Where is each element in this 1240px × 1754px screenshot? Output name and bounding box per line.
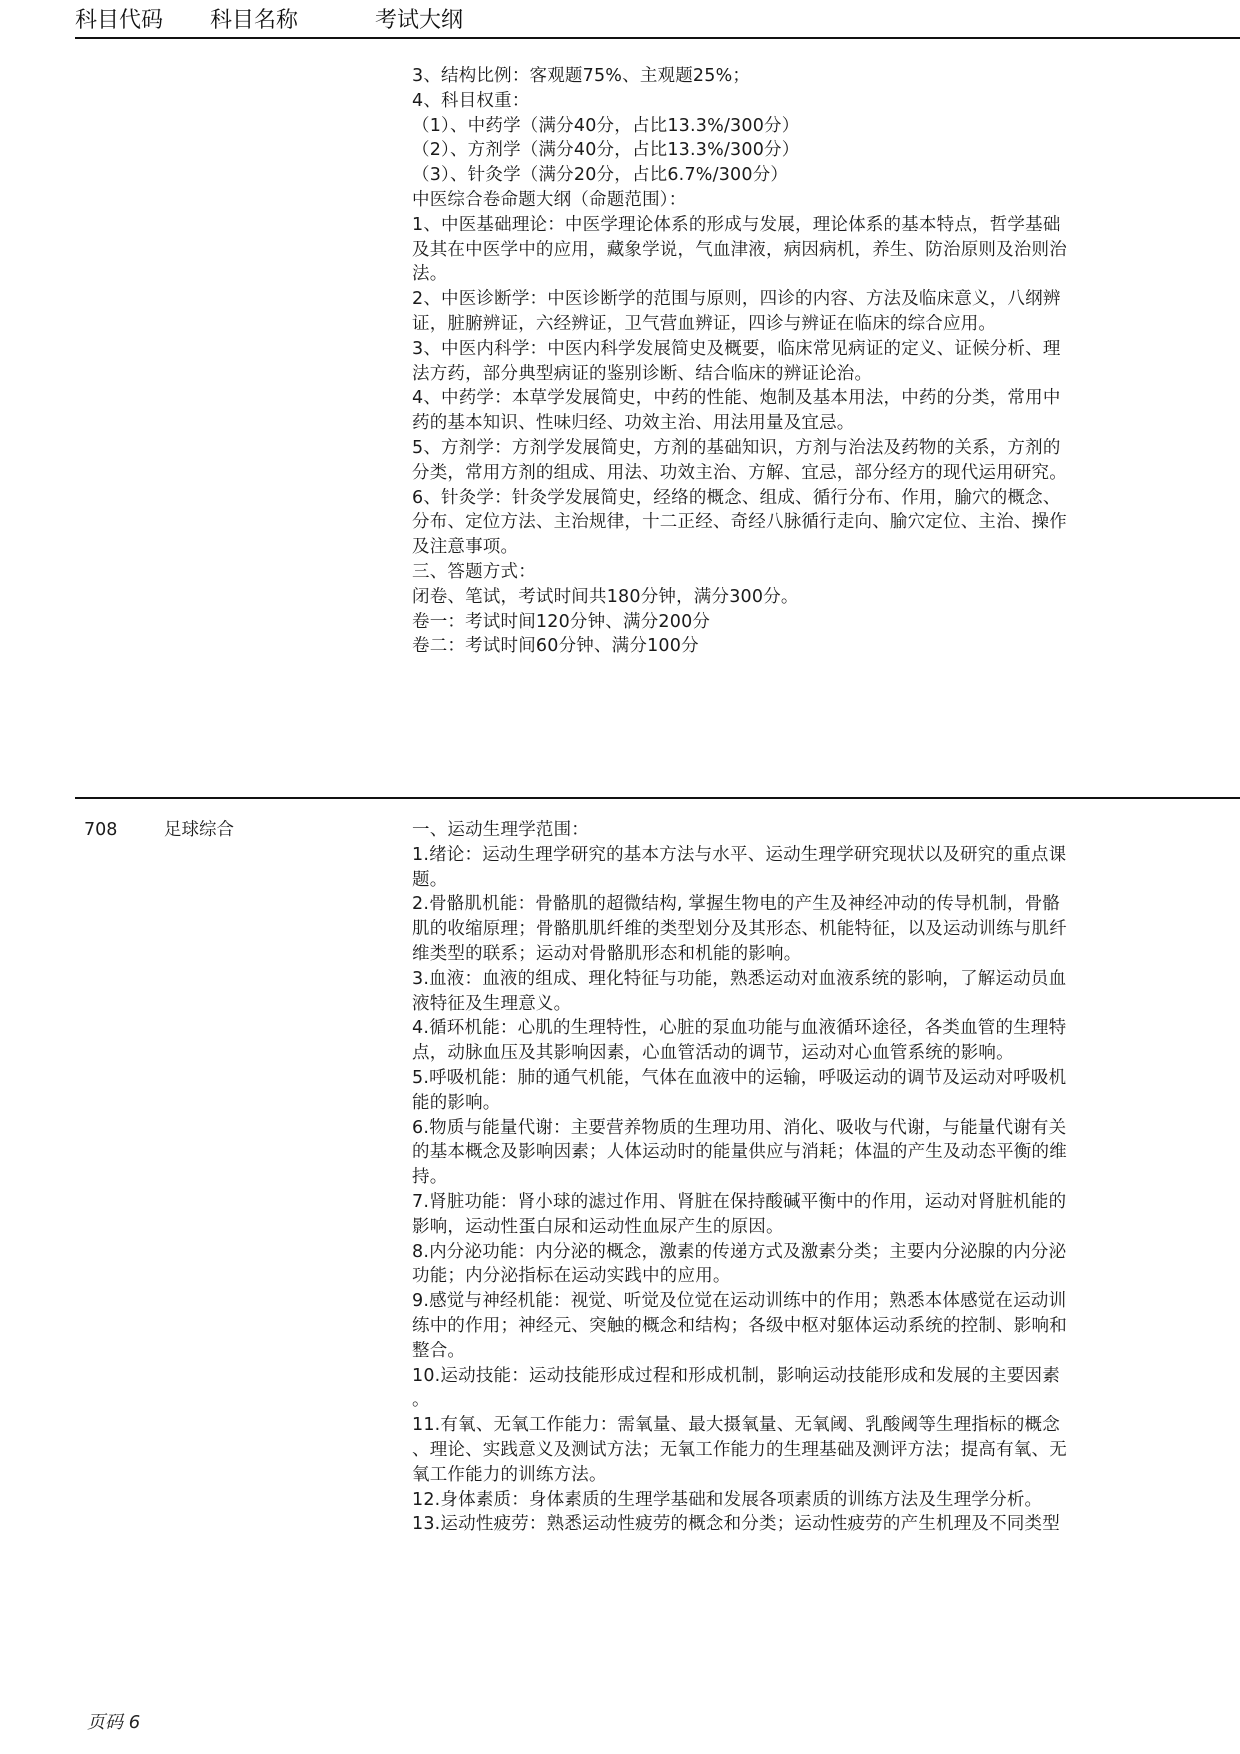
syllabus-line: 6、针灸学：针灸学发展简史，经络的概念、组成、循行分布、作用，腧穴的概念、	[412, 486, 1202, 511]
syllabus-line: 一、运动生理学范围：	[412, 818, 1202, 843]
subject-name: 足球综合	[164, 818, 234, 843]
syllabus-line: 三、答题方式：	[412, 560, 1202, 585]
syllabus-line: 8.内分泌功能：内分泌的概念，激素的传递方式及激素分类；主要内分泌腺的内分泌	[412, 1240, 1202, 1265]
syllabus-line: 的基本概念及影响因素；人体运动时的能量供应与消耗；体温的产生及动态平衡的维	[412, 1140, 1202, 1165]
syllabus-line: 12.身体素质：身体素质的生理学基础和发展各项素质的训练方法及生理学分析。	[412, 1488, 1202, 1513]
syllabus-line: 1.绪论：运动生理学研究的基本方法与水平、运动生理学研究现状以及研究的重点课	[412, 843, 1202, 868]
syllabus-line: 1、中医基础理论：中医学理论体系的形成与发展，理论体系的基本特点，哲学基础	[412, 213, 1202, 238]
syllabus-line: 药的基本知识、性味归经、功效主治、用法用量及宜忌。	[412, 411, 1202, 436]
syllabus-line: 3、结构比例：客观题75%、主观题25%；	[412, 64, 1202, 89]
syllabus-line: 及注意事项。	[412, 535, 1202, 560]
syllabus-line: 13.运动性疲劳：熟悉运动性疲劳的概念和分类；运动性疲劳的产生机理及不同类型	[412, 1512, 1202, 1537]
syllabus-line: 液特征及生理意义。	[412, 992, 1202, 1017]
syllabus-line: （1）、中药学（满分40分，占比13.3%/300分）	[412, 114, 1202, 139]
syllabus-line: 能的影响。	[412, 1091, 1202, 1116]
syllabus-line: 卷一：考试时间120分钟、满分200分	[412, 610, 1202, 635]
syllabus-line: 7.肾脏功能：肾小球的滤过作用、肾脏在保持酸碱平衡中的作用，运动对肾脏机能的	[412, 1190, 1202, 1215]
syllabus-line: 整合。	[412, 1339, 1202, 1364]
syllabus-line: 法。	[412, 262, 1202, 287]
syllabus-line: 氧工作能力的训练方法。	[412, 1463, 1202, 1488]
syllabus-line: 影响，运动性蛋白尿和运动性血尿产生的原因。	[412, 1215, 1202, 1240]
row-divider	[75, 797, 1240, 799]
syllabus-line: （2）、方剂学（满分40分，占比13.3%/300分）	[412, 138, 1202, 163]
syllabus-line: 4、科目权重：	[412, 89, 1202, 114]
syllabus-line: 练中的作用；神经元、突触的概念和结构；各级中枢对躯体运动系统的控制、影响和	[412, 1314, 1202, 1339]
syllabus-line: 肌的收缩原理；骨骼肌肌纤维的类型划分及其形态、机能特征，以及运动训练与肌纤	[412, 917, 1202, 942]
syllabus-line: （3）、针灸学（满分20分，占比6.7%/300分）	[412, 163, 1202, 188]
syllabus-line: 卷二：考试时间60分钟、满分100分	[412, 634, 1202, 659]
syllabus-line: 、理论、实践意义及测试方法；无氧工作能力的生理基础及测评方法；提高有氧、无	[412, 1438, 1202, 1463]
syllabus-line: 4.循环机能：心肌的生理特性，心脏的泵血功能与血液循环途径，各类血管的生理特	[412, 1016, 1202, 1041]
subject-syllabus: 一、运动生理学范围： 1.绪论：运动生理学研究的基本方法与水平、运动生理学研究现…	[412, 818, 1202, 1537]
page-number: 页码 6	[87, 1708, 140, 1734]
continued-syllabus: 3、结构比例：客观题75%、主观题25%； 4、科目权重： （1）、中药学（满分…	[412, 64, 1202, 659]
syllabus-line: 分类，常用方剂的组成、用法、功效主治、方解、宜忌，部分经方的现代运用研究。	[412, 461, 1202, 486]
syllabus-line: 2、中医诊断学：中医诊断学的范围与原则，四诊的内容、方法及临床意义，八纲辨	[412, 287, 1202, 312]
syllabus-line: 中医综合卷命题大纲（命题范围）：	[412, 188, 1202, 213]
header-subject-code: 科目代码	[75, 6, 163, 36]
syllabus-line: 分布、定位方法、主治规律，十二正经、奇经八脉循行走向、腧穴定位、主治、操作	[412, 510, 1202, 535]
syllabus-line: 3.血液：血液的组成、理化特征与功能，熟悉运动对血液系统的影响，了解运动员血	[412, 967, 1202, 992]
syllabus-line: 维类型的联系；运动对骨骼肌形态和机能的影响。	[412, 942, 1202, 967]
header-syllabus: 考试大纲	[375, 6, 463, 36]
syllabus-line: 证，脏腑辨证，六经辨证，卫气营血辨证，四诊与辨证在临床的综合应用。	[412, 312, 1202, 337]
syllabus-line: 闭卷、笔试，考试时间共180分钟，满分300分。	[412, 585, 1202, 610]
header-divider	[75, 37, 1240, 39]
syllabus-line: 法方药，部分典型病证的鉴别诊断、结合临床的辨证论治。	[412, 362, 1202, 387]
syllabus-line: 4、中药学：本草学发展简史，中药的性能、炮制及基本用法，中药的分类，常用中	[412, 386, 1202, 411]
syllabus-line: 。	[412, 1388, 1202, 1413]
subject-code: 708	[84, 818, 117, 843]
syllabus-line: 6.物质与能量代谢：主要营养物质的生理功用、消化、吸收与代谢，与能量代谢有关	[412, 1116, 1202, 1141]
syllabus-line: 持。	[412, 1165, 1202, 1190]
syllabus-line: 3、中医内科学：中医内科学发展简史及概要，临床常见病证的定义、证候分析、理	[412, 337, 1202, 362]
syllabus-line: 及其在中医学中的应用，藏象学说，气血津液，病因病机，养生、防治原则及治则治	[412, 238, 1202, 263]
syllabus-line: 功能；内分泌指标在运动实践中的应用。	[412, 1264, 1202, 1289]
syllabus-line: 10.运动技能：运动技能形成过程和形成机制，影响运动技能形成和发展的主要因素	[412, 1364, 1202, 1389]
table-header: 科目代码 科目名称 考试大纲	[75, 6, 1235, 36]
syllabus-line: 题。	[412, 868, 1202, 893]
syllabus-line: 9.感觉与神经机能：视觉、听觉及位觉在运动训练中的作用；熟悉本体感觉在运动训	[412, 1289, 1202, 1314]
syllabus-line: 11.有氧、无氧工作能力：需氧量、最大摄氧量、无氧阈、乳酸阈等生理指标的概念	[412, 1413, 1202, 1438]
header-subject-name: 科目名称	[210, 6, 298, 36]
syllabus-line: 5、方剂学：方剂学发展简史，方剂的基础知识，方剂与治法及药物的关系，方剂的	[412, 436, 1202, 461]
syllabus-line: 5.呼吸机能：肺的通气机能，气体在血液中的运输，呼吸运动的调节及运动对呼吸机	[412, 1066, 1202, 1091]
syllabus-line: 点，动脉血压及其影响因素，心血管活动的调节，运动对心血管系统的影响。	[412, 1041, 1202, 1066]
syllabus-line: 2.骨骼肌机能：骨骼肌的超微结构, 掌握生物电的产生及神经冲动的传导机制，骨骼	[412, 892, 1202, 917]
